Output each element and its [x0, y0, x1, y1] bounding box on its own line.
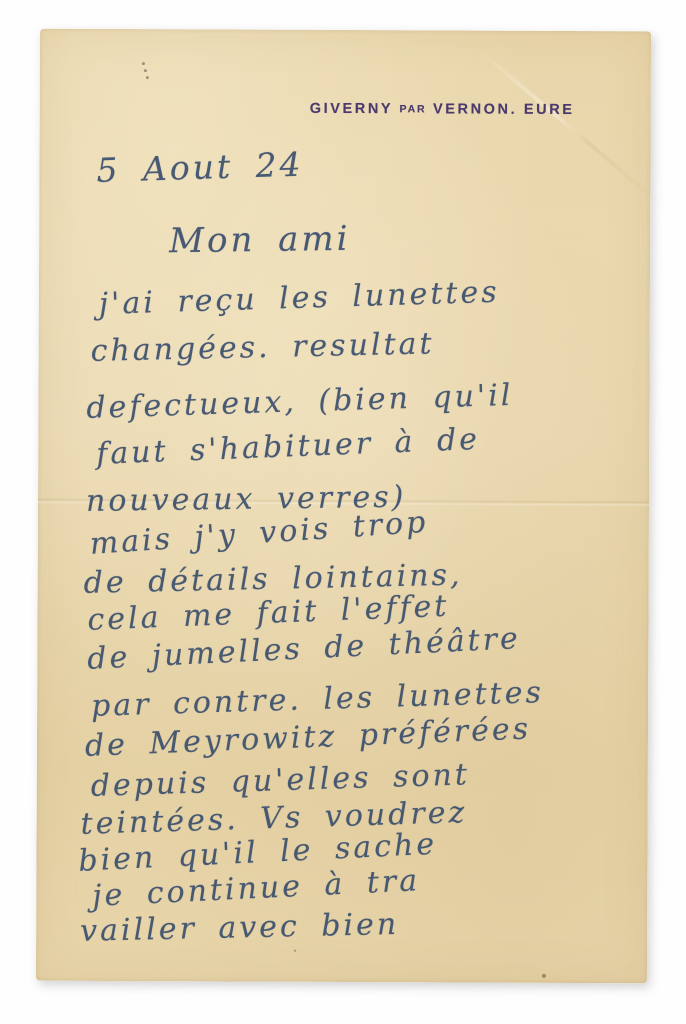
handwritten-line: defectueux, (bien qu'il — [86, 378, 514, 426]
paper-speck — [542, 974, 546, 978]
letterhead-preposition: PAR — [400, 103, 427, 115]
letter-photograph: GIVERNY PAR VERNON. EURE 5 Aout 24 Mon a… — [0, 0, 686, 1024]
paper-speck — [142, 62, 145, 65]
handwritten-line: j'ai reçu les lunettes — [98, 275, 500, 322]
paper-speck — [294, 950, 296, 952]
letterhead: GIVERNY PAR VERNON. EURE — [310, 101, 575, 118]
salutation-line: Mon ami — [169, 219, 351, 261]
handwritten-line: changées. resultat — [90, 326, 435, 368]
handwritten-line: faut s'habituer à de — [96, 422, 481, 472]
paper-speck — [144, 69, 147, 72]
letter-page: GIVERNY PAR VERNON. EURE 5 Aout 24 Mon a… — [36, 29, 651, 984]
date-line: 5 Aout 24 — [96, 145, 304, 190]
handwritten-line: vailler avec bien — [80, 907, 400, 949]
letterhead-place: GIVERNY — [310, 101, 393, 117]
letterhead-region: VERNON. EURE — [433, 101, 575, 118]
diagonal-crease — [478, 49, 664, 207]
paper-speck — [146, 76, 149, 79]
